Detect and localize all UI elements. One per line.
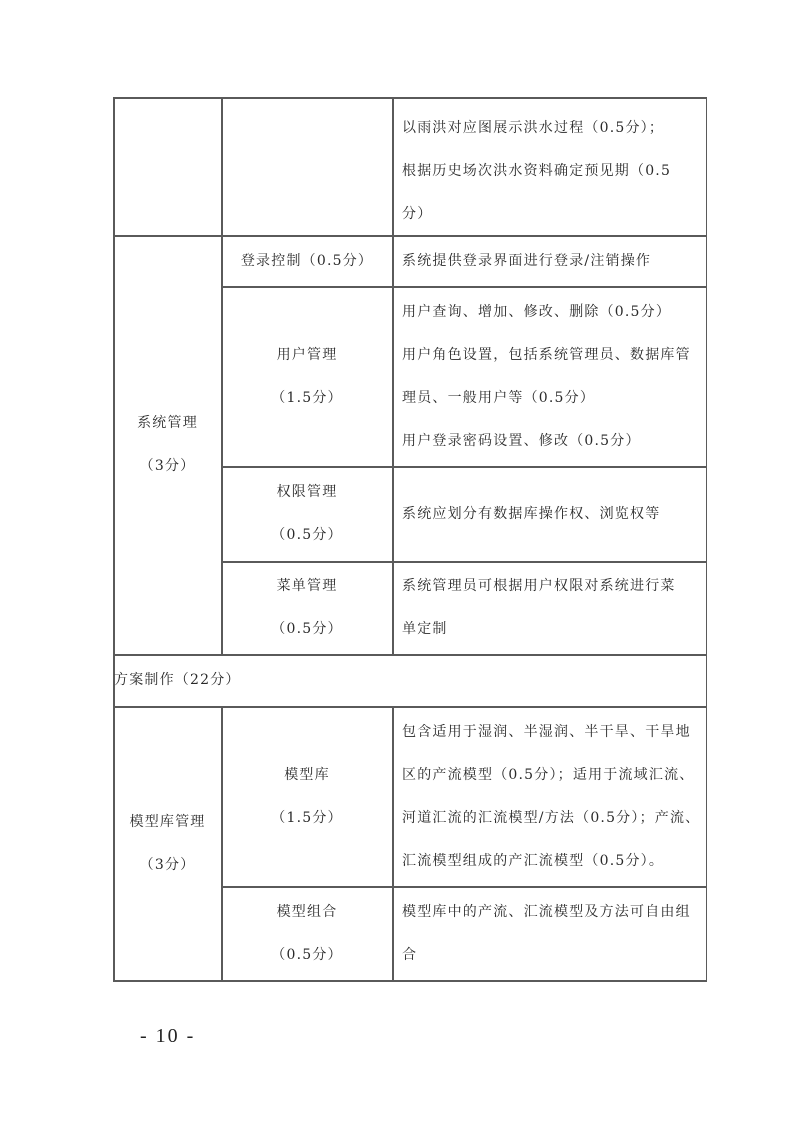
item-cell-menu-management: 菜单管理 （0.5分） xyxy=(222,562,392,654)
item-cell-login-control: 登录控制（0.5分） xyxy=(222,236,392,286)
desc-cell-model-combination: 模型库中的产流、汇流模型及方法可自由组 合 xyxy=(393,887,705,980)
description-line: 系统应划分有数据库操作权、浏览权等 xyxy=(402,493,660,536)
description-line: 模型库中的产流、汇流模型及方法可自由组 xyxy=(402,891,691,934)
item-title: 模型组合 xyxy=(277,891,338,934)
item-title: 用户管理 xyxy=(277,334,338,377)
section-title: 方案制作（22分） xyxy=(114,659,241,702)
item-cell-model-library: 模型库 （1.5分） xyxy=(222,707,392,886)
description-line: 理员、一般用户等（0.5分） xyxy=(402,377,595,420)
description-line: 以雨洪对应图展示洪水过程（0.5分）； xyxy=(402,107,664,150)
item-cell-user-management: 用户管理 （1.5分） xyxy=(222,287,392,466)
description-line: 区的产流模型（0.5分）；适用于流域汇流、 xyxy=(402,754,694,797)
desc-cell-login-control: 系统提供登录界面进行登录/注销操作 xyxy=(393,236,705,286)
description-line: 合 xyxy=(402,934,417,977)
description-line: 用户登录密码设置、修改（0.5分） xyxy=(402,420,641,463)
description-line: 用户角色设置，包括系统管理员、数据库管 xyxy=(402,334,691,377)
group-title: 系统管理 xyxy=(137,402,198,445)
description-line: 汇流模型组成的产汇流模型（0.5分）。 xyxy=(402,840,664,883)
item-score: （0.5分） xyxy=(271,608,342,651)
scoring-table: 以雨洪对应图展示洪水过程（0.5分）； 根据历史场次洪水资料确定预见期（0.5 … xyxy=(113,97,707,981)
item-cell-permission-management: 权限管理 （0.5分） xyxy=(222,467,392,561)
item-cell-model-combination: 模型组合 （0.5分） xyxy=(222,887,392,980)
group-score: （3分） xyxy=(140,445,196,488)
item-score: （1.5分） xyxy=(271,377,342,420)
description-line: 用户查询、增加、修改、删除（0.5分） xyxy=(402,291,671,334)
description-line: 河道汇流的汇流模型/方法（0.5分）；产流、 xyxy=(402,797,700,840)
group-cell-model-library-management: 模型库管理 （3分） xyxy=(114,707,221,980)
desc-cell-permission-management: 系统应划分有数据库操作权、浏览权等 xyxy=(393,467,705,561)
item-score: （0.5分） xyxy=(271,514,342,557)
group-cell-system-management: 系统管理 （3分） xyxy=(114,236,221,654)
group-score: （3分） xyxy=(140,844,196,887)
description-line: 根据历史场次洪水资料确定预见期（0.5 xyxy=(402,150,671,193)
description-line: 分） xyxy=(402,193,432,236)
desc-cell-menu-management: 系统管理员可根据用户权限对系统进行菜 单定制 xyxy=(393,562,705,654)
table-border-bottom xyxy=(113,980,707,982)
description-line: 包含适用于湿润、半湿润、半干旱、干旱地 xyxy=(402,711,691,754)
desc-cell-user-management: 用户查询、增加、修改、删除（0.5分） 用户角色设置，包括系统管理员、数据库管 … xyxy=(393,287,705,466)
table-border-right xyxy=(706,97,708,981)
item-title: 权限管理 xyxy=(277,471,338,514)
description-line: 系统提供登录界面进行登录/注销操作 xyxy=(402,240,651,283)
item-title: 登录控制（0.5分） xyxy=(241,240,373,283)
section-header-plan-making: 方案制作（22分） xyxy=(114,655,705,706)
item-score: （0.5分） xyxy=(271,934,342,977)
description-line: 系统管理员可根据用户权限对系统进行菜 xyxy=(402,565,676,608)
item-score: （1.5分） xyxy=(271,797,342,840)
desc-cell-model-library: 包含适用于湿润、半湿润、半干旱、干旱地 区的产流模型（0.5分）；适用于流域汇流… xyxy=(393,707,705,886)
page-number: - 10 - xyxy=(140,1025,195,1048)
description-line: 单定制 xyxy=(402,608,448,651)
item-title: 菜单管理 xyxy=(277,565,338,608)
item-title: 模型库 xyxy=(284,754,330,797)
group-title: 模型库管理 xyxy=(130,801,206,844)
continuation-description-cell: 以雨洪对应图展示洪水过程（0.5分）； 根据历史场次洪水资料确定预见期（0.5 … xyxy=(393,98,705,235)
